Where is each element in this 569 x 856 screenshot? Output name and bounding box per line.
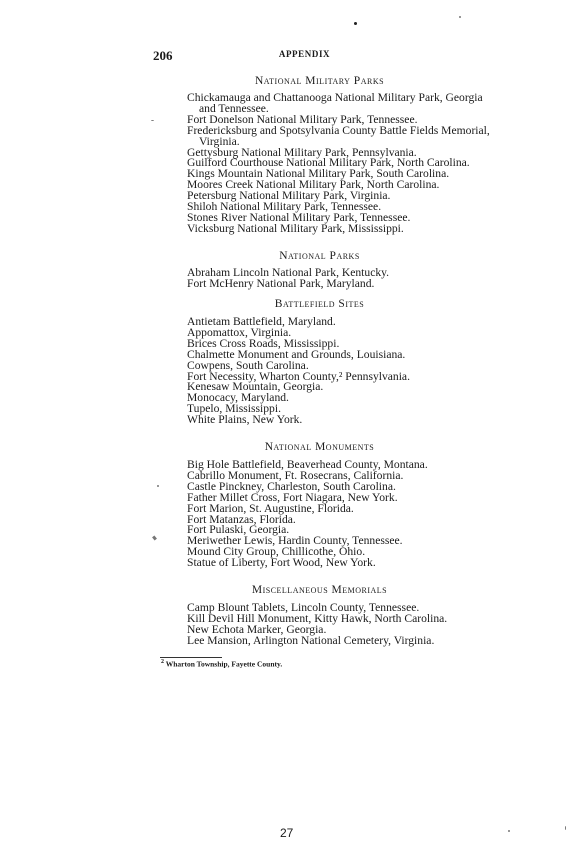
list-national-monuments: Big Hole Battlefield, Beaverhead County,… [187,460,428,569]
footnote-marker: 2 [161,659,164,665]
footnote-rule [160,657,222,658]
scan-speck [152,536,157,541]
footnote-text: Wharton Township, Fayette County. [166,660,282,669]
list-miscellaneous-memorials: Camp Blount Tablets, Lincoln County, Ten… [187,603,447,647]
section-title-national-parks: National Parks [0,250,569,262]
entry-text: Lee Mansion, Arlington National Cemetery… [187,634,434,647]
list-national-parks: Abraham Lincoln National Park, Kentucky.… [187,268,389,290]
section-title-miscellaneous-memorials: Miscellaneous Memorials [0,584,569,596]
list-item: Fredericksburg and Spotsylvania County B… [187,126,490,148]
entry-text: Vicksburg National Military Park, Missis… [187,222,404,235]
section-title-national-military-parks: National Military Parks [0,75,569,87]
scan-speck [565,826,566,830]
scan-speck [459,16,461,18]
entry-text: White Plains, New York. [187,413,302,426]
list-battlefield-sites: Antietam Battlefield, Maryland. Appomatt… [187,317,410,426]
list-item: Vicksburg National Military Park, Missis… [187,224,490,235]
entry-text: Fort McHenry National Park, Maryland. [187,277,374,290]
list-item: Fort McHenry National Park, Maryland. [187,279,389,290]
list-national-military-parks: Chickamauga and Chattanooga National Mil… [187,93,490,235]
scan-speck [508,830,510,832]
entry-text: Statue of Liberty, Fort Wood, New York. [187,556,376,569]
scan-speck [157,485,159,487]
section-title-battlefield-sites: Battlefield Sites [0,298,569,310]
section-title-national-monuments: National Monuments [0,441,569,453]
scan-speck [151,120,154,121]
list-item: Chickamauga and Chattanooga National Mil… [187,93,490,115]
folio-number: 27 [280,826,293,840]
list-item: White Plains, New York. [187,415,410,426]
running-head: APPENDIX [0,49,569,59]
list-item: Lee Mansion, Arlington National Cemetery… [187,636,447,647]
scan-speck [354,22,357,25]
list-item: Statue of Liberty, Fort Wood, New York. [187,558,428,569]
footnote: 2 Wharton Township, Fayette County. [161,659,282,669]
